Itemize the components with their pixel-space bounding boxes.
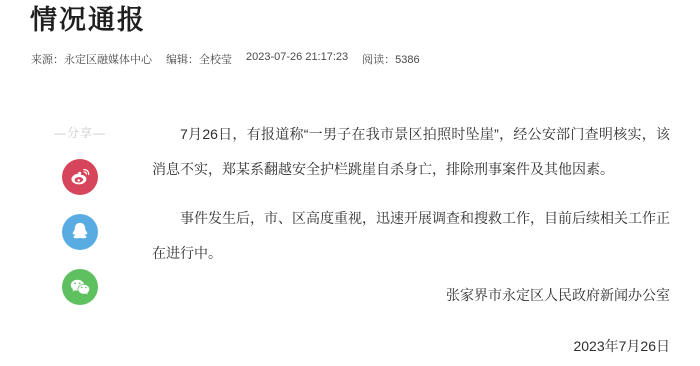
weibo-icon bbox=[67, 164, 93, 190]
article-date: 2023年7月26日 bbox=[152, 336, 670, 356]
wechat-icon bbox=[67, 274, 93, 300]
article-body: 7月26日，有报道称“一男子在我市景区拍照时坠崖”，经公安部门查明核实，该消息不… bbox=[152, 117, 670, 356]
meta-timestamp: 2023-07-26 21:17:23 bbox=[246, 51, 348, 67]
article-paragraph-1: 7月26日，有报道称“一男子在我市景区拍照时坠崖”，经公安部门查明核实，该消息不… bbox=[152, 117, 670, 187]
article-signature: 张家界市永定区人民政府新闻办公室 bbox=[152, 285, 670, 305]
article-paragraph-2: 事件发生后，市、区高度重视，迅速开展调查和搜救工作，目前后续相关工作正在进行中。 bbox=[152, 201, 670, 271]
share-weibo-button[interactable] bbox=[62, 159, 98, 195]
meta-read-count: 阅读：5386 bbox=[362, 51, 419, 67]
share-qq-button[interactable] bbox=[62, 214, 98, 250]
qq-icon bbox=[67, 219, 93, 245]
article-meta: 来源：永定区融媒体中心 编辑：全校莹 2023-07-26 21:17:23 阅… bbox=[31, 51, 420, 67]
share-label: —分享— bbox=[52, 124, 108, 141]
page-title: 情况通报 bbox=[30, 0, 146, 40]
share-wechat-button[interactable] bbox=[62, 269, 98, 305]
share-rail: —分享— bbox=[52, 124, 108, 324]
meta-editor: 编辑：全校莹 bbox=[166, 51, 232, 67]
meta-source: 来源：永定区融媒体中心 bbox=[31, 51, 152, 67]
